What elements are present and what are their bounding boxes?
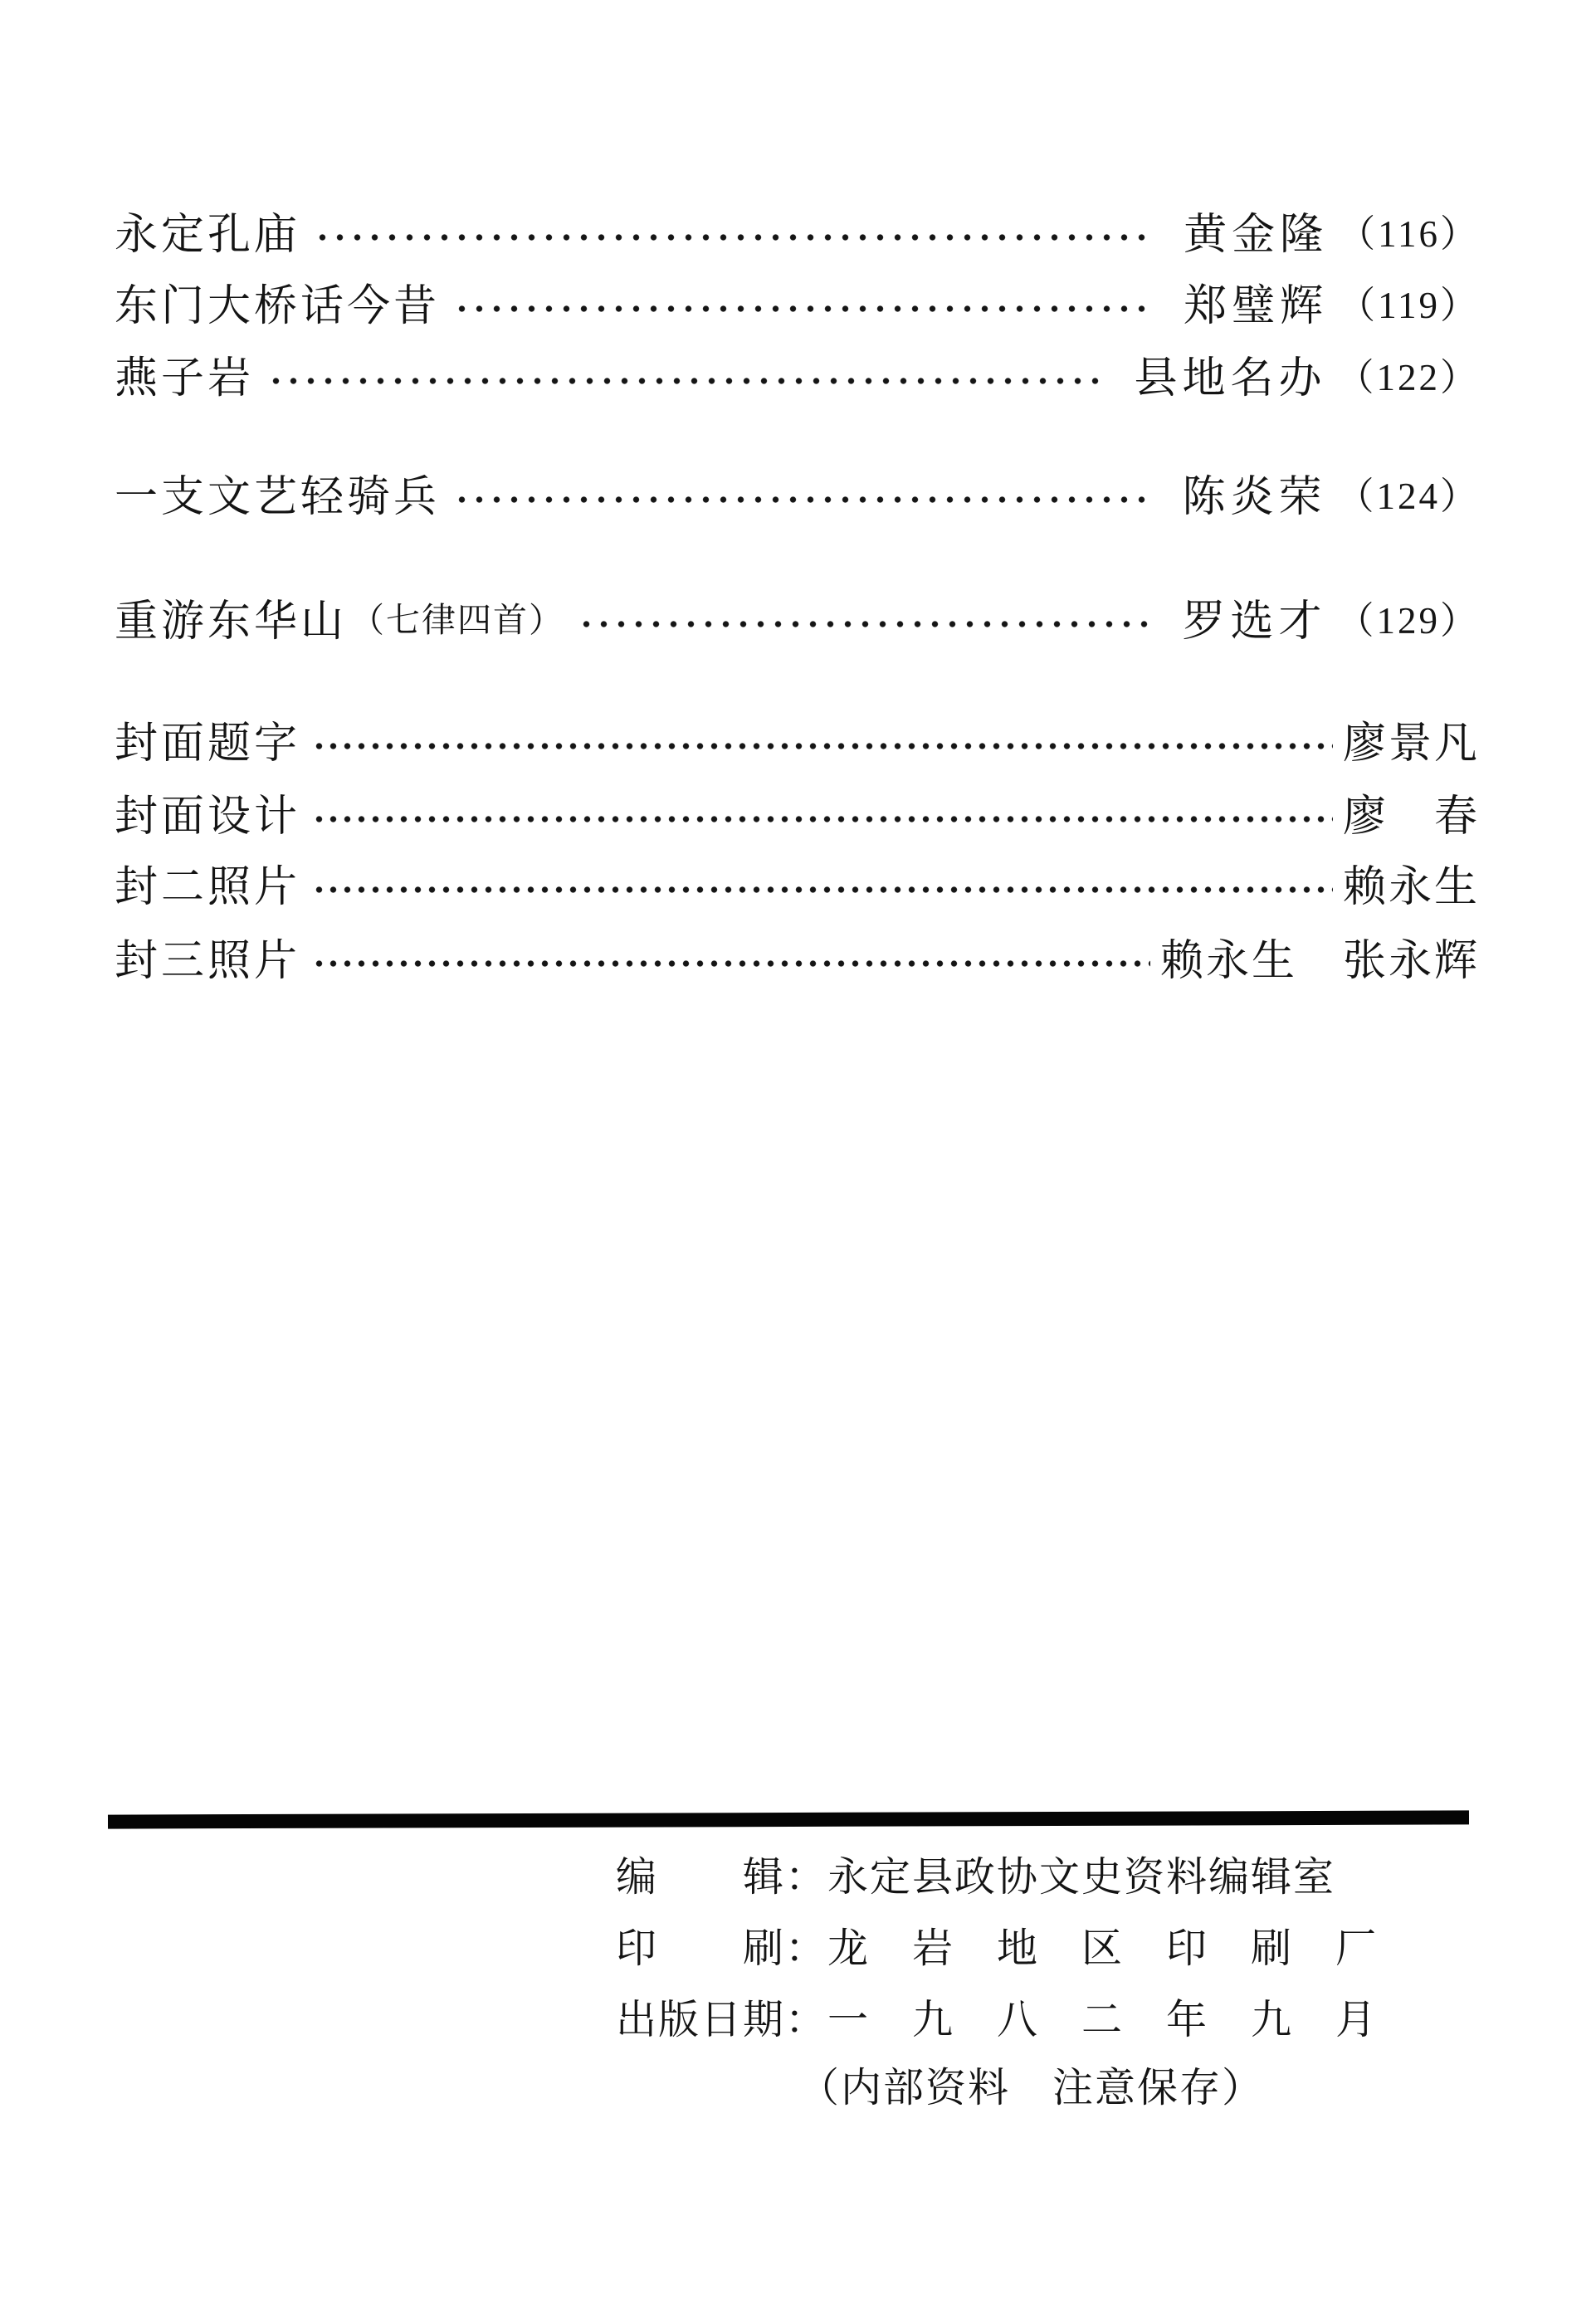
colophon-note-line: （内部资料 注意保存） — [798, 2058, 1264, 2111]
dotted-leader — [453, 495, 1154, 505]
credit-title: 封面设计 — [115, 781, 300, 843]
toc-page-number: （119） — [1338, 275, 1480, 329]
toc-title: 永定孔庙 — [115, 199, 300, 261]
toc-title: 一支文艺轻骑兵 — [115, 461, 440, 524]
credit-title: 封三照片 — [115, 925, 300, 988]
toc-title-note: （七律四首） — [350, 593, 564, 642]
toc-row: 重游东华山 （七律四首） 罗选才 （129） — [115, 590, 1480, 643]
toc-author: 黄金隆 — [1184, 199, 1328, 261]
colophon-editor-line: 编 辑： 永定县政协文史资料编辑室 — [616, 1847, 1335, 1901]
toc-page-number: （116） — [1338, 203, 1480, 257]
colophon-printer-line: 印 刷： 龙 岩 地 区 印 刷 厂 — [616, 1919, 1378, 1972]
toc-author: 郑璧辉 — [1184, 271, 1328, 333]
credit-name: 廖 春 — [1343, 781, 1480, 843]
toc-row: 燕子岩 县地名办 （122） — [115, 347, 1480, 400]
toc-title: 东门大桥话今昔 — [115, 271, 440, 333]
credit-name: 赖永生 张永辉 — [1160, 925, 1480, 988]
dotted-leader — [312, 741, 1333, 751]
credit-name: 廖景凡 — [1343, 708, 1480, 770]
toc-title: 重游东华山 — [115, 586, 347, 648]
colophon-date-value: 一 九 八 二 年 九 月 — [827, 1988, 1378, 2046]
dotted-leader — [312, 885, 1333, 895]
dotted-leader — [312, 959, 1150, 969]
credit-name: 赖永生 — [1343, 852, 1480, 914]
dotted-leader — [314, 232, 1155, 242]
toc-page-number: （124） — [1336, 466, 1480, 520]
toc-row: 东门大桥话今昔 郑璧辉 （119） — [115, 275, 1480, 328]
colophon-note-text: （内部资料 注意保存） — [798, 2056, 1264, 2114]
credit-title: 封二照片 — [115, 852, 300, 914]
colophon-editor-value: 永定县政协文史资料编辑室 — [827, 1845, 1335, 1903]
dotted-leader — [312, 814, 1333, 824]
dotted-leader — [578, 619, 1154, 629]
toc-author: 罗选才 — [1182, 586, 1326, 648]
credit-row: 封面题字 廖景凡 — [115, 712, 1480, 765]
toc-page-number: （129） — [1336, 590, 1480, 644]
colophon-editor-label: 编 辑： — [616, 1845, 827, 1903]
toc-row: 一支文艺轻骑兵 陈炎荣 （124） — [115, 466, 1480, 519]
toc-title: 燕子岩 — [115, 343, 254, 405]
credit-row: 封二照片 赖永生 — [115, 856, 1480, 909]
toc-row: 永定孔庙 黄金隆 （116） — [115, 203, 1480, 256]
dotted-leader — [267, 376, 1105, 386]
credit-row: 封三照片 赖永生 张永辉 — [115, 930, 1480, 983]
colophon-date-label: 出版日期： — [616, 1988, 827, 2046]
colophon-printer-label: 印 刷： — [616, 1916, 827, 1974]
toc-author: 县地名办 — [1134, 343, 1326, 405]
credit-row: 封面设计 廖 春 — [115, 785, 1480, 838]
toc-author: 陈炎荣 — [1182, 461, 1326, 524]
dotted-leader — [453, 304, 1155, 314]
credit-title: 封面题字 — [115, 708, 300, 770]
scanned-toc-page: 永定孔庙 黄金隆 （116） 东门大桥话今昔 郑璧辉 （119） 燕子岩 县地名… — [0, 0, 1596, 2323]
colophon-printer-value: 龙 岩 地 区 印 刷 厂 — [827, 1916, 1378, 1974]
colophon-date-line: 出版日期： 一 九 八 二 年 九 月 — [616, 1990, 1378, 2043]
toc-page-number: （122） — [1336, 347, 1480, 401]
divider-rule — [108, 1810, 1469, 1828]
